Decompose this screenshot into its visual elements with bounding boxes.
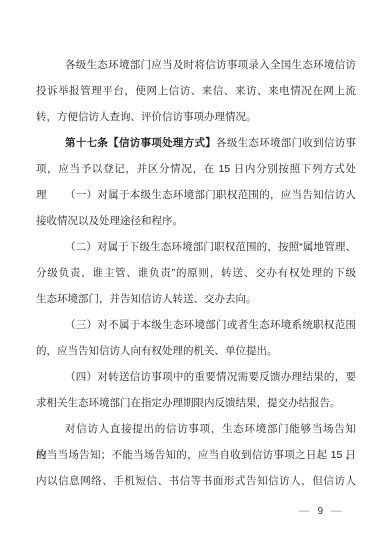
text-line-8: （二）对属于下级生态环境部门职权范围的，按照“属地管理、 xyxy=(36,234,356,260)
page-number-value: 9 xyxy=(317,506,323,517)
page-number-dash-right: — xyxy=(331,505,342,517)
text-line-10: 生态环境部门，并告知信访人转送、交办去向。 xyxy=(36,286,356,312)
body-text: 求相关生态环境部门在指定办理期限内反馈结果，提交办结报告。 xyxy=(36,397,341,409)
body-text: 各级生态环境部门应当及时将信访事项录入全国生态环境信访 xyxy=(65,59,356,71)
body-text: （四）对转送信访事项中的重要情况需要反馈办理结果的，要 xyxy=(65,371,356,383)
body-text: 投诉举报管理平台，使网上信访、来信、来访、来电情况在网上流 xyxy=(36,85,356,97)
text-line-6: （一）对属于本级生态环境部门职权范围的，应当告知信访人 xyxy=(36,182,356,208)
text-line-2: 投诉举报管理平台，使网上信访、来信、来访、来电情况在网上流 xyxy=(36,78,356,104)
text-line-1: 各级生态环境部门应当及时将信访事项录入全国生态环境信访 xyxy=(36,52,356,78)
page-footer: —9— xyxy=(298,501,342,521)
body-text: 的，应当告知信访人向有权处理的机关、单位提出。 xyxy=(36,345,278,357)
body-text: 转，方便信访人查询、评价信访事项办理情况。 xyxy=(36,111,257,123)
body-text: （三）对不属于本级生态环境部门或者生态环境系统职权范围 xyxy=(65,319,356,331)
text-line-7: 接收情况以及处理途径和程序。 xyxy=(36,208,356,234)
text-line-11: （三）对不属于本级生态环境部门或者生态环境系统职权范围 xyxy=(36,312,356,338)
body-text: 接收情况以及处理途径和程序。 xyxy=(36,215,183,227)
document-body: 各级生态环境部门应当及时将信访事项录入全国生态环境信访投诉举报管理平台，使网上信… xyxy=(36,52,356,494)
page-number-dash-left: — xyxy=(298,505,309,517)
body-text: 分级负责，谁主管、谁负责”的原则，转送、交办有权处理的下级 xyxy=(36,267,356,279)
text-line-17: 内以信息网络、手机短信、书信等书面形式告知信访人，但信访人 xyxy=(36,468,356,494)
text-line-13: （四）对转送信访事项中的重要情况需要反馈办理结果的，要 xyxy=(36,364,356,390)
body-text: 生态环境部门，并告知信访人转送、交办去向。 xyxy=(36,293,257,305)
body-text: 应当当场告知；不能当场告知的，应当自收到信访事项之日起 15 日 xyxy=(36,449,356,461)
text-line-15: 对信访人直接提出的信访事项，生态环境部门能够当场告知的， xyxy=(36,416,356,442)
text-line-5: 项，应当予以登记，并区分情况，在 15 日内分别按照下列方式处理： xyxy=(36,156,356,182)
text-line-14: 求相关生态环境部门在指定办理期限内反馈结果，提交办结报告。 xyxy=(36,390,356,416)
body-text: （二）对属于下级生态环境部门职权范围的，按照“属地管理、 xyxy=(65,241,356,253)
article-heading: 第十七条【信访事项处理方式】 xyxy=(65,137,216,149)
text-line-4: 第十七条【信访事项处理方式】各级生态环境部门收到信访事 xyxy=(36,130,356,156)
body-text: 内以信息网络、手机短信、书信等书面形式告知信访人，但信访人 xyxy=(36,475,356,487)
body-text: （一）对属于本级生态环境部门职权范围的，应当告知信访人 xyxy=(65,189,356,201)
body-text: 各级生态环境部门收到信访事 xyxy=(216,137,356,149)
text-line-3: 转，方便信访人查询、评价信访事项办理情况。 xyxy=(36,104,356,130)
text-line-9: 分级负责，谁主管、谁负责”的原则，转送、交办有权处理的下级 xyxy=(36,260,356,286)
text-line-16: 应当当场告知；不能当场告知的，应当自收到信访事项之日起 15 日 xyxy=(36,442,356,468)
text-line-12: 的，应当告知信访人向有权处理的机关、单位提出。 xyxy=(36,338,356,364)
document-page: 各级生态环境部门应当及时将信访事项录入全国生态环境信访投诉举报管理平台，使网上信… xyxy=(0,0,390,551)
